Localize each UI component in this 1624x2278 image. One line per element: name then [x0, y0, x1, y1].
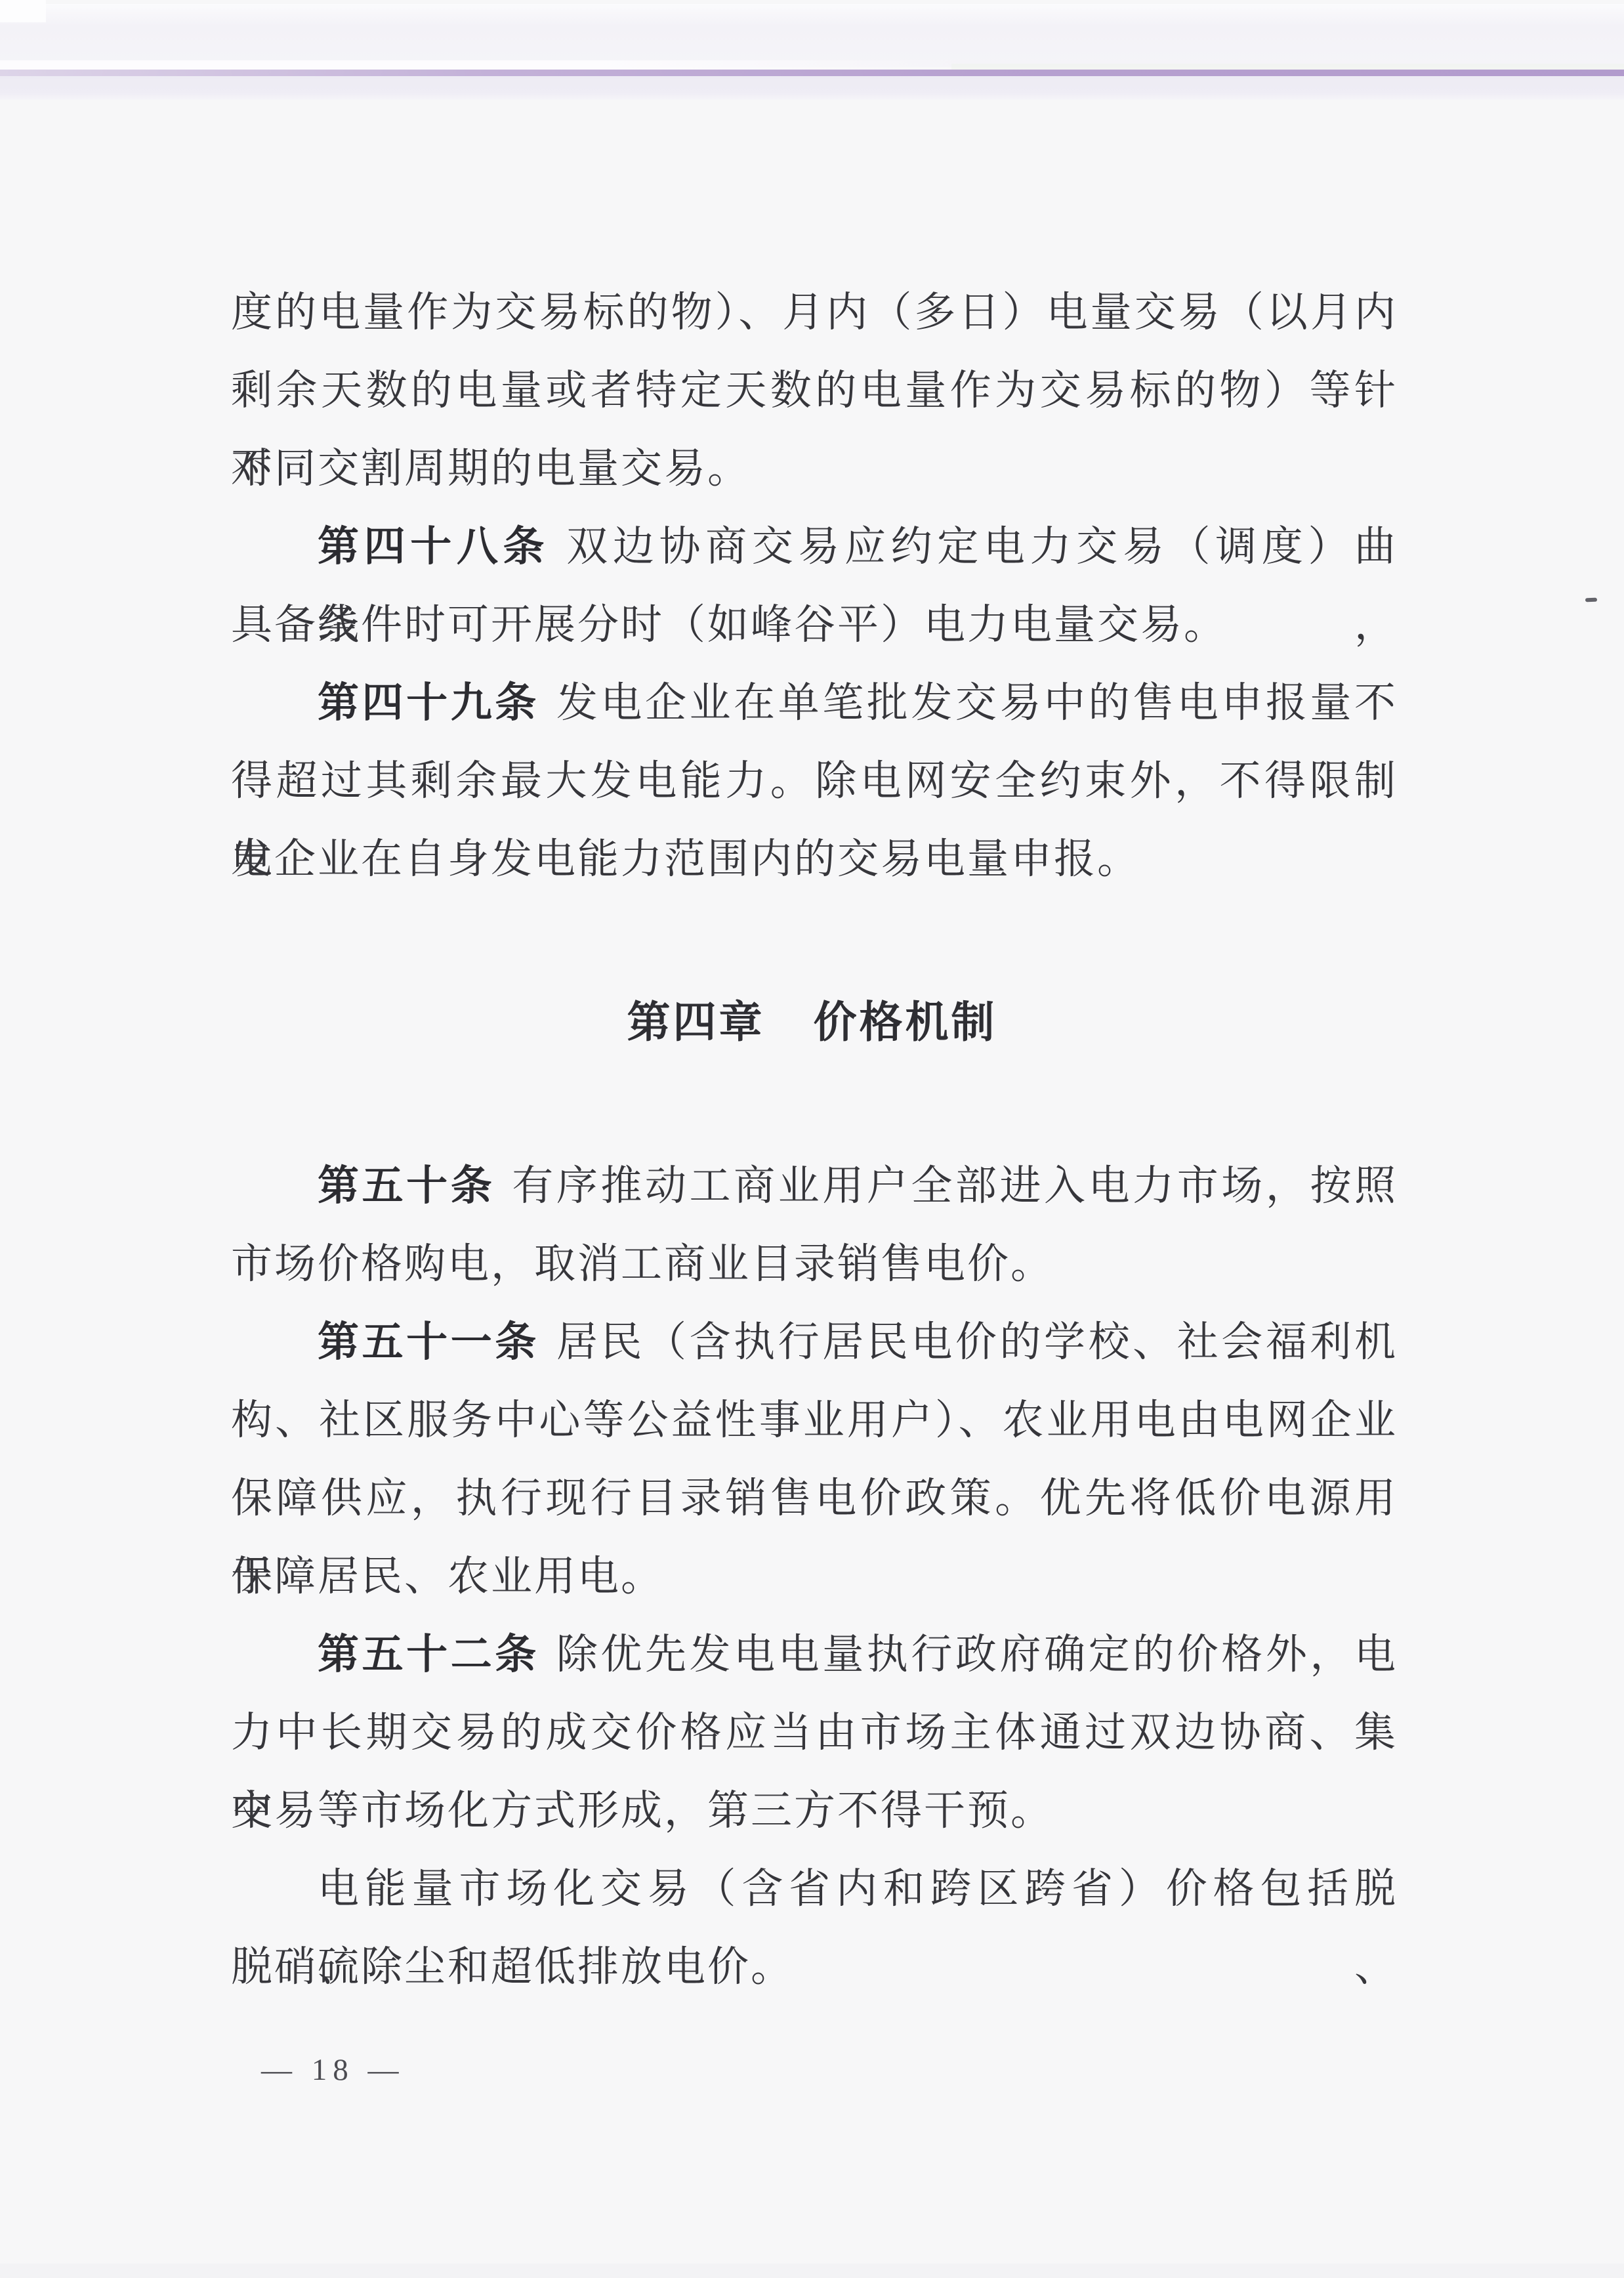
line-text: 市场价格购电，取消工商业目录销售电价。 — [231, 1241, 1054, 1287]
line-text: 居民（含执行居民电价的学校、社会福利机 — [556, 1319, 1398, 1365]
text-line: 保障居民、农业用电。 — [231, 1538, 1398, 1616]
line-text: 保障居民、农业用电。 — [231, 1553, 664, 1599]
article-number: 第五十一条 — [318, 1319, 539, 1365]
chapter-number: 第四章 — [627, 998, 765, 1046]
text-line: 电能量市场化交易（含省内和跨区跨省）价格包括脱硫、 — [231, 1850, 1398, 1928]
chapter-heading: 第四章价格机制 — [0, 992, 1624, 1051]
line-text: 电企业在自身发电能力范围内的交易电量申报。 — [231, 836, 1140, 882]
article-number: 第五十二条 — [318, 1632, 539, 1677]
page-number: — 18 — — [261, 2050, 405, 2090]
text-line: 第五十条有序推动工商业用户全部进入电力市场，按照 — [231, 1147, 1398, 1225]
line-text: 脱硝、除尘和超低排放电价。 — [231, 1944, 794, 1990]
scan-artifact-corner — [0, 0, 46, 22]
scan-artifact-green-strip — [951, 64, 1624, 70]
text-line: 力中长期交易的成交价格应当由市场主体通过双边协商、集中 — [231, 1694, 1398, 1772]
scanned-document-page: 度的电量作为交易标的物）、月内（多日）电量交易（以月内剩余天数的电量或者特定天数… — [0, 0, 1624, 2278]
text-line: 具备条件时可开展分时（如峰谷平）电力电量交易。 — [231, 586, 1398, 664]
text-line: 第四十八条双边协商交易应约定电力交易（调度）曲线， — [231, 508, 1398, 586]
text-line: 交易等市场化方式形成，第三方不得干预。 — [231, 1772, 1398, 1850]
line-text: 不同交割周期的电量交易。 — [231, 446, 751, 492]
body-block-2: 第五十条有序推动工商业用户全部进入电力市场，按照市场价格购电，取消工商业目录销售… — [231, 1147, 1398, 2006]
article-number: 第四十八条 — [318, 524, 549, 570]
chapter-title: 价格机制 — [814, 998, 997, 1046]
body-block-1: 度的电量作为交易标的物）、月内（多日）电量交易（以月内剩余天数的电量或者特定天数… — [231, 274, 1398, 898]
text-line: 电企业在自身发电能力范围内的交易电量申报。 — [231, 820, 1398, 898]
scan-artifact-top-band — [0, 4, 1624, 67]
text-line: 度的电量作为交易标的物）、月内（多日）电量交易（以月内 — [231, 274, 1398, 352]
text-line: 第四十九条发电企业在单笔批发交易中的售电申报量不 — [231, 664, 1398, 742]
scan-artifact-lavender-band — [0, 76, 1624, 100]
line-text: 发电企业在单笔批发交易中的售电申报量不 — [556, 680, 1398, 726]
scan-artifact-bottom-band — [0, 2264, 1624, 2278]
text-line: 构、社区服务中心等公益性事业用户）、农业用电由电网企业 — [231, 1382, 1398, 1460]
article-number: 第五十条 — [318, 1163, 495, 1209]
scan-artifact-purple-line — [0, 70, 1624, 76]
line-text: 具备条件时可开展分时（如峰谷平）电力电量交易。 — [231, 602, 1227, 648]
article-number: 第四十九条 — [318, 680, 539, 726]
line-text: 有序推动工商业用户全部进入电力市场，按照 — [512, 1163, 1398, 1209]
line-text: 除优先发电电量执行政府确定的价格外，电 — [556, 1632, 1398, 1677]
scan-speck — [1585, 598, 1597, 602]
text-line: 剩余天数的电量或者特定天数的电量作为交易标的物）等针对 — [231, 352, 1398, 430]
text-line: 保障供应，执行现行目录销售电价政策。优先将低价电源用于 — [231, 1460, 1398, 1538]
text-line: 得超过其剩余最大发电能力。除电网安全约束外，不得限制发 — [231, 742, 1398, 820]
text-line: 不同交割周期的电量交易。 — [231, 430, 1398, 508]
text-line: 市场价格购电，取消工商业目录销售电价。 — [231, 1225, 1398, 1303]
text-line: 第五十一条居民（含执行居民电价的学校、社会福利机 — [231, 1303, 1398, 1382]
line-text: 交易等市场化方式形成，第三方不得干预。 — [231, 1788, 1054, 1834]
line-text: 构、社区服务中心等公益性事业用户）、农业用电由电网企业 — [231, 1397, 1398, 1443]
text-line: 第五十二条除优先发电电量执行政府确定的价格外，电 — [231, 1616, 1398, 1694]
line-text: 度的电量作为交易标的物）、月内（多日）电量交易（以月内 — [231, 289, 1398, 335]
